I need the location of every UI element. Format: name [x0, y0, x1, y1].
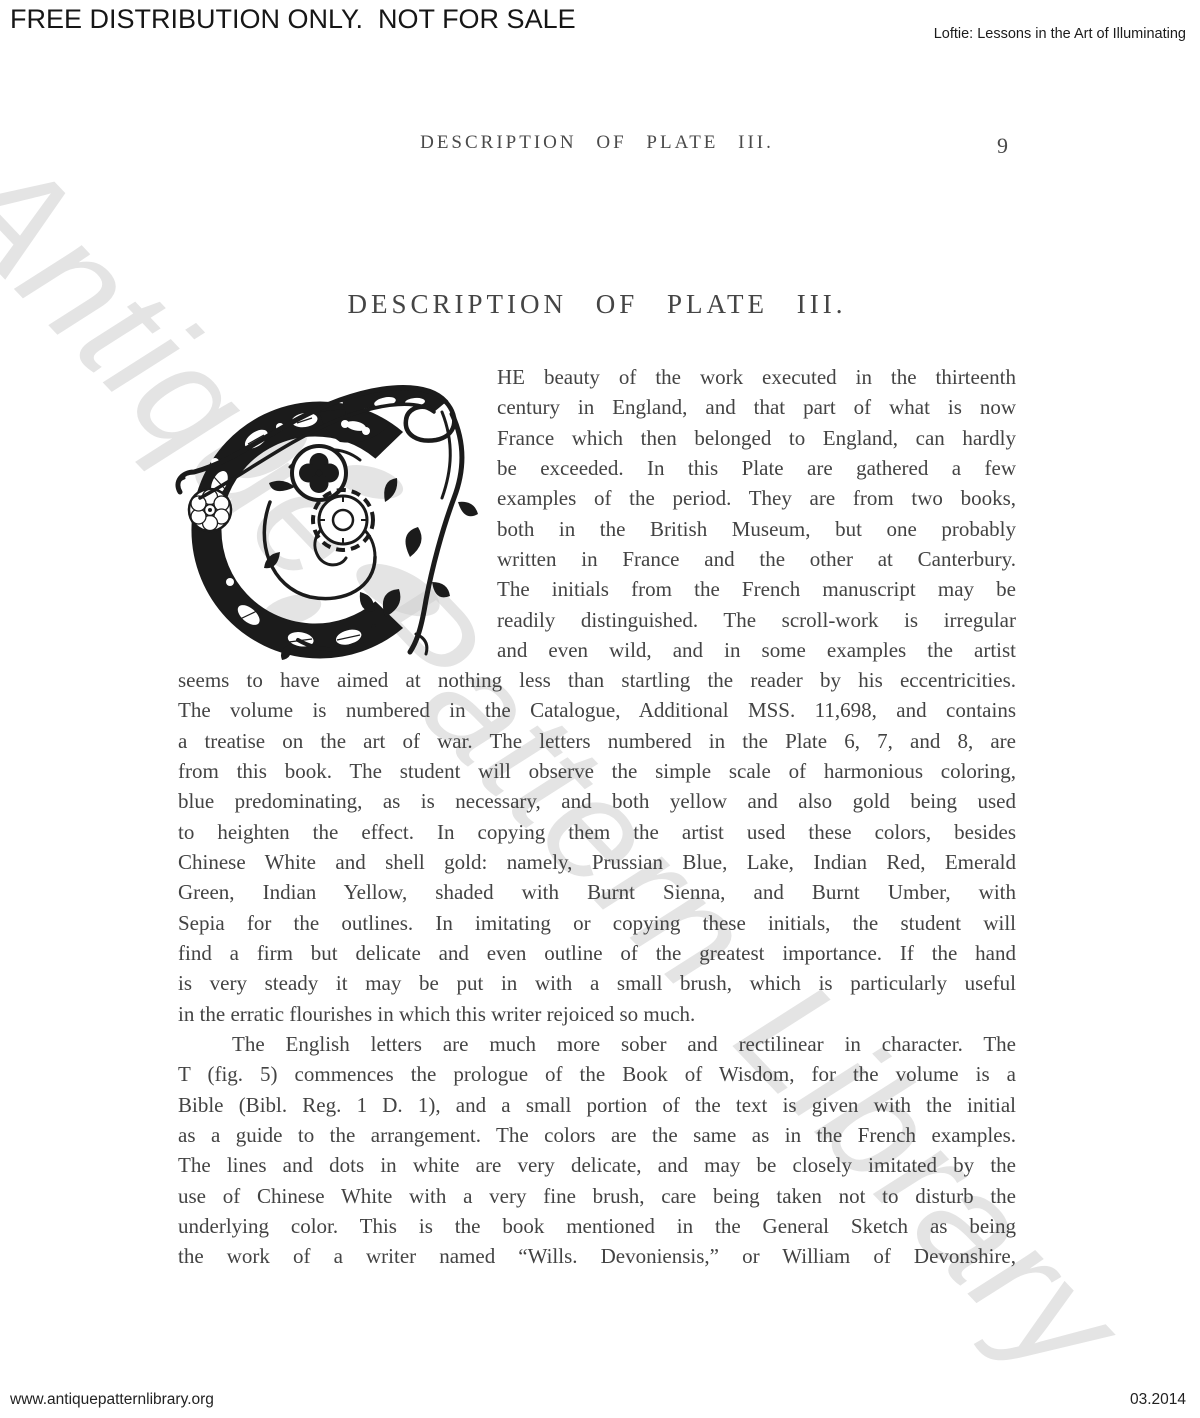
footer-url: www.antiquepatternlibrary.org [10, 1391, 214, 1409]
text-line: to heighten the effect. In copying them … [178, 817, 1016, 847]
text-line: underlying color. This is the book menti… [178, 1211, 1016, 1241]
text-line: HE beauty of the work executed in the th… [497, 362, 1016, 392]
text-line: from this book. The student will observe… [178, 756, 1016, 786]
scanned-book-page: Antique Pattern Library FREE DISTRIBUTIO… [0, 0, 1200, 1418]
text-line: France which then belonged to England, c… [497, 423, 1016, 453]
rosette-ornament [189, 489, 231, 531]
text-line: the work of a writer named “Wills. Devon… [178, 1241, 1016, 1271]
text-line: written in France and the other at Cante… [497, 544, 1016, 574]
text-line: and even wild, and in some examples the … [497, 635, 1016, 665]
text-line: be exceeded. In this Plate are gathered … [497, 453, 1016, 483]
footer-date: 03.2014 [1130, 1391, 1186, 1409]
paragraph-2: The English letters are much more sober … [178, 1029, 1016, 1272]
text-line: seems to have aimed at nothing less than… [178, 665, 1016, 695]
page-title: DESCRIPTION OF PLATE III. [178, 289, 1016, 320]
text-line: T (fig. 5) commences the prologue of the… [178, 1059, 1016, 1089]
text-line: use of Chinese White with a very fine br… [178, 1181, 1016, 1211]
text-line: Chinese White and shell gold: namely, Pr… [178, 847, 1016, 877]
page-number: 9 [178, 133, 1008, 159]
text-line: The lines and dots in white are very del… [178, 1150, 1016, 1180]
text-line: as a guide to the arrangement. The color… [178, 1120, 1016, 1150]
text-line: is very steady it may be put in with a s… [178, 968, 1016, 998]
text-line: The English letters are much more sober … [178, 1029, 1016, 1059]
text-line: examples of the period. They are from tw… [497, 483, 1016, 513]
book-credit: Loftie: Lessons in the Art of Illuminati… [934, 26, 1186, 42]
text-line: Bible (Bibl. Reg. 1 D. 1), and a small p… [178, 1090, 1016, 1120]
text-line: in the erratic flourishes in which this … [178, 999, 1016, 1029]
illuminated-initial-T [170, 352, 485, 664]
text-line: The volume is numbered in the Catalogue,… [178, 695, 1016, 725]
distribution-notice: FREE DISTRIBUTION ONLY. NOT FOR SALE [10, 4, 576, 35]
paragraph-1-beside-initial: HE beauty of the work executed in the th… [497, 362, 1016, 665]
text-line: both in the British Museum, but one prob… [497, 514, 1016, 544]
text-line: find a firm but delicate and even outlin… [178, 938, 1016, 968]
text-line: blue predominating, as is necessary, and… [178, 786, 1016, 816]
text-line: Green, Indian Yellow, shaded with Burnt … [178, 877, 1016, 907]
text-line: readily distinguished. The scroll-work i… [497, 605, 1016, 635]
text-line: The initials from the French manuscript … [497, 574, 1016, 604]
text-line: a treatise on the art of war. The letter… [178, 726, 1016, 756]
text-line: Sepia for the outlines. In imitating or … [178, 908, 1016, 938]
paragraph-1-fullwidth: seems to have aimed at nothing less than… [178, 665, 1016, 1029]
text-line: century in England, and that part of wha… [497, 392, 1016, 422]
